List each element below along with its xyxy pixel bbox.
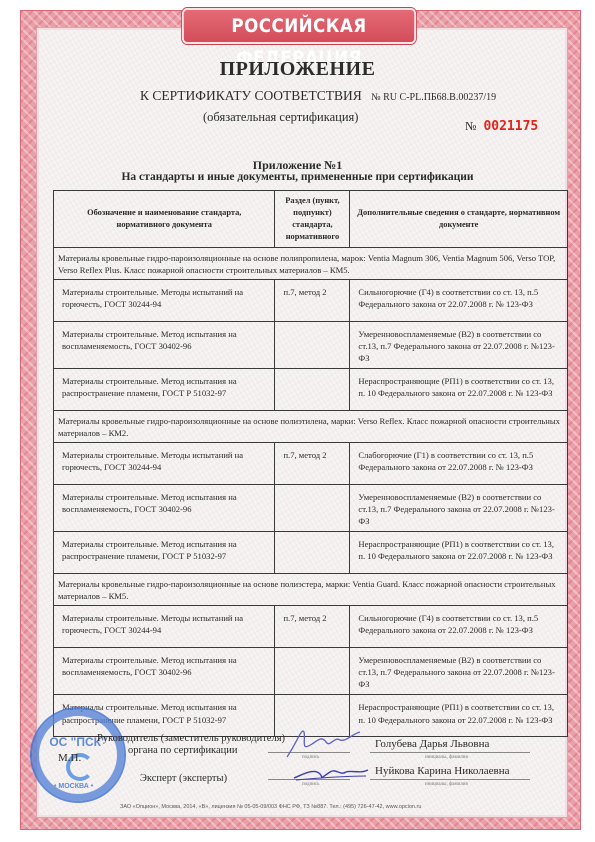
info-cell: Умеренновоспламеняемые (В2) в соответств… (350, 485, 568, 532)
standard-cell: Материалы строительные. Метод испытания … (54, 648, 275, 695)
table-group-row: Материалы кровельные гидро-пароизоляцион… (54, 574, 568, 606)
certificate-reference: К СЕРТИФИКАТУ СООТВЕТСТВИЯ № RU C-PL.ПБ6… (140, 88, 496, 104)
info-cell: Сильногорючие (Г4) в соответствии со ст.… (350, 280, 568, 322)
expert-signature-icon (290, 762, 370, 784)
info-cell: Нераспространяющие (РП1) в соответствии … (350, 369, 568, 411)
head-name: Голубева Дарья Львовна (375, 738, 489, 750)
document-title: ПРИЛОЖЕНИЕ (0, 58, 595, 81)
head-label-body: органа по сертификации (128, 745, 238, 756)
standard-cell: Материалы строительные. Методы испытаний… (54, 280, 275, 322)
table-row: Материалы строительные. Методы испытаний… (54, 443, 568, 485)
product-group-description: Материалы кровельные гидро-пароизоляцион… (54, 248, 568, 280)
standards-table: Обозначение и наименование стандарта, но… (53, 190, 568, 737)
section-cell (275, 369, 350, 411)
seal-place-label: М.П. (58, 752, 81, 764)
stamp-city: • МОСКВА • (54, 783, 93, 790)
product-group-description: Материалы кровельные гидро-пароизоляцион… (54, 411, 568, 443)
table-group-row: Материалы кровельные гидро-пароизоляцион… (54, 248, 568, 280)
serial-number: 0021175 (483, 119, 538, 134)
section-cell (275, 322, 350, 369)
table-row: Материалы строительные. Метод испытания … (54, 532, 568, 574)
info-cell: Умеренновоспламеняемые (В2) в соответств… (350, 322, 568, 369)
serial-prefix: № (465, 119, 476, 133)
column-header-info: Дополнительные сведения о стандарте, нор… (350, 191, 568, 248)
section-cell: п.7, метод 2 (275, 280, 350, 322)
expert-label: Эксперт (эксперты) (140, 773, 227, 784)
table-group-row: Материалы кровельные гидро-пароизоляцион… (54, 411, 568, 443)
certificate-label: К СЕРТИФИКАТУ СООТВЕТСТВИЯ (140, 88, 362, 103)
section-cell: п.7, метод 2 (275, 443, 350, 485)
printer-imprint: ЗАО «Опцион», Москва, 2014, «В», лицензи… (120, 804, 421, 810)
info-cell: Нераспространяющие (РП1) в соответствии … (350, 532, 568, 574)
standard-cell: Материалы строительные. Метод испытания … (54, 322, 275, 369)
standard-cell: Материалы строительные. Методы испытаний… (54, 606, 275, 648)
head-signature-icon (282, 722, 362, 762)
expert-name-caption: инициалы, фамилия (425, 782, 468, 787)
section-cell (275, 485, 350, 532)
product-group-description: Материалы кровельные гидро-пароизоляцион… (54, 574, 568, 606)
appendix-subtitle: На стандарты и иные документы, примененн… (0, 171, 595, 183)
table-row: Материалы строительные. Метод испытания … (54, 648, 568, 695)
standard-cell: Материалы строительные. Метод испытания … (54, 369, 275, 411)
expert-name-line (370, 779, 530, 780)
section-cell: п.7, метод 2 (275, 606, 350, 648)
column-header-standard: Обозначение и наименование стандарта, но… (54, 191, 275, 248)
info-cell: Сильногорючие (Г4) в соответствии со ст.… (350, 606, 568, 648)
info-cell: Слабогорючие (Г1) в соответствии со ст. … (350, 443, 568, 485)
standard-cell: Материалы строительные. Метод испытания … (54, 485, 275, 532)
info-cell: Умеренновоспламеняемые (В2) в соответств… (350, 648, 568, 695)
expert-name: Нуйкова Карина Николаевна (375, 765, 509, 777)
section-cell (275, 648, 350, 695)
certification-type: (обязательная сертификация) (203, 110, 358, 125)
head-name-line (370, 752, 530, 753)
table-row: Материалы строительные. Метод испытания … (54, 369, 568, 411)
country-banner: РОССИЙСКАЯ ФЕДЕРАЦИЯ (182, 8, 416, 44)
head-label: Руководитель (заместитель руководителя) (97, 733, 285, 744)
table-row: Материалы строительные. Методы испытаний… (54, 280, 568, 322)
standard-cell: Материалы строительные. Методы испытаний… (54, 443, 275, 485)
certificate-number: № RU C-PL.ПБ68.В.00237/19 (371, 92, 496, 103)
standard-cell: Материалы строительные. Метод испытания … (54, 532, 275, 574)
head-name-caption: инициалы, фамилия (425, 755, 468, 760)
info-cell: Нераспространяющие (РП1) в соответствии … (350, 695, 568, 737)
table-row: Материалы строительные. Метод испытания … (54, 485, 568, 532)
section-cell (275, 532, 350, 574)
form-serial: № 0021175 (465, 119, 538, 134)
column-header-section: Раздел (пункт, подпункт) стандарта, норм… (275, 191, 350, 248)
table-row: Материалы строительные. Методы испытаний… (54, 606, 568, 648)
table-row: Материалы строительные. Метод испытания … (54, 322, 568, 369)
table-header-row: Обозначение и наименование стандарта, но… (54, 191, 568, 248)
